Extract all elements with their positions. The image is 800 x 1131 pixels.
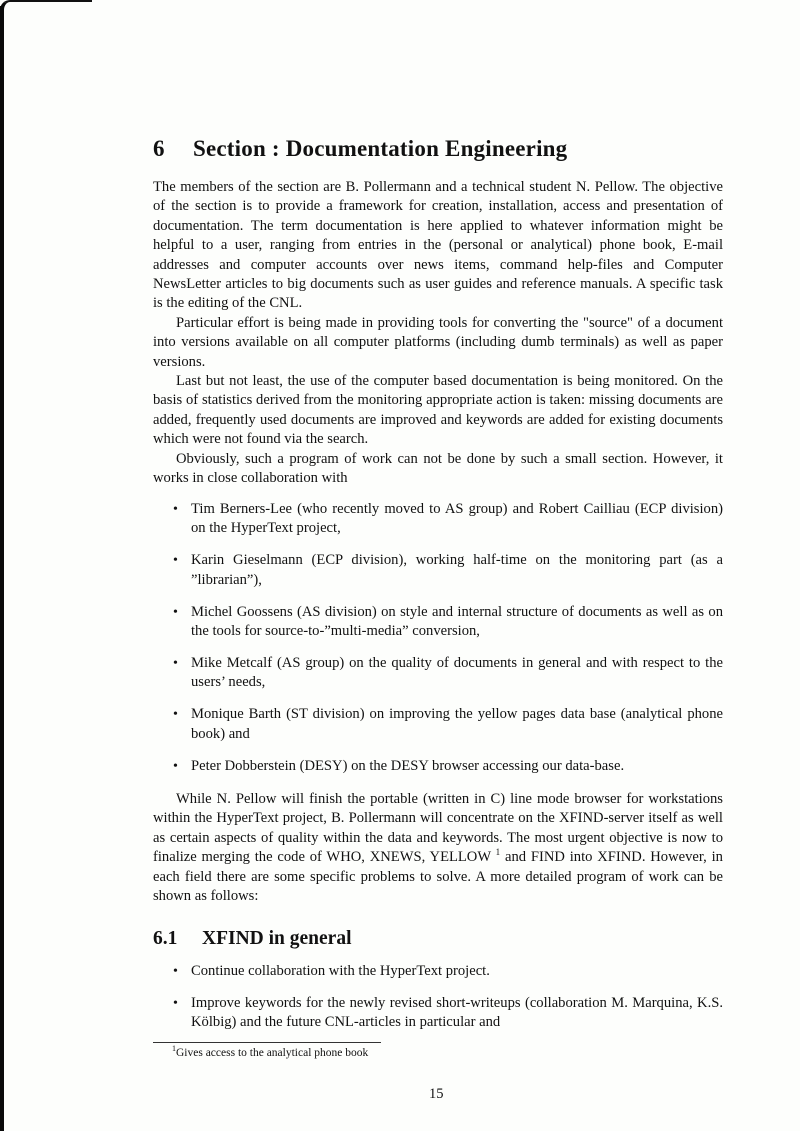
list-item: •Tim Berners-Lee (who recently moved to …	[153, 500, 723, 539]
list-item: •Karin Gieselmann (ECP division), workin…	[153, 551, 723, 590]
list-item: •Monique Barth (ST division) on improvin…	[153, 705, 723, 744]
paragraph-collaboration: Obviously, such a program of work can no…	[153, 450, 723, 489]
section-title: Section : Documentation Engineering	[193, 136, 567, 161]
xfind-task-list: •Continue collaboration with the HyperTe…	[153, 962, 723, 1045]
collaborator-text: Michel Goossens (AS division) on style a…	[191, 604, 723, 639]
bullet-icon: •	[173, 994, 178, 1013]
section-heading: 6Section : Documentation Engineering	[153, 136, 567, 162]
footnote: 1Gives access to the analytical phone bo…	[172, 1046, 368, 1061]
list-item: •Peter Dobberstein (DESY) on the DESY br…	[153, 757, 723, 776]
list-item: •Michel Goossens (AS division) on style …	[153, 603, 723, 642]
paragraph-conversion-tools: Particular effort is being made in provi…	[153, 314, 723, 372]
paragraph-monitoring: Last but not least, the use of the compu…	[153, 372, 723, 450]
subsection-title: XFIND in general	[202, 928, 352, 949]
bullet-icon: •	[173, 757, 178, 776]
task-text: Improve keywords for the newly revised s…	[191, 995, 723, 1030]
collaborator-text: Monique Barth (ST division) on improving…	[191, 706, 723, 741]
paragraph-work-program: While N. Pellow will finish the portable…	[153, 790, 723, 906]
intro-text: The members of the section are B. Poller…	[153, 178, 723, 489]
collaborator-text: Mike Metcalf (AS group) on the quality o…	[191, 655, 723, 690]
page-number: 15	[429, 1086, 444, 1103]
footnote-text: Gives access to the analytical phone boo…	[176, 1047, 368, 1059]
paragraph-members: The members of the section are B. Poller…	[153, 178, 723, 314]
collaborator-text: Peter Dobberstein (DESY) on the DESY bro…	[191, 758, 624, 774]
bullet-icon: •	[173, 500, 178, 519]
subsection-heading: 6.1XFIND in general	[153, 928, 352, 950]
collaborator-text: Tim Berners-Lee (who recently moved to A…	[191, 501, 723, 536]
section-number: 6	[153, 136, 193, 162]
subsection-number: 6.1	[153, 928, 202, 950]
bullet-icon: •	[173, 654, 178, 673]
work-program-text: While N. Pellow will finish the portable…	[153, 790, 723, 906]
task-text: Continue collaboration with the HyperTex…	[191, 963, 490, 979]
bullet-icon: •	[173, 962, 178, 981]
bullet-icon: •	[173, 603, 178, 622]
list-item: •Mike Metcalf (AS group) on the quality …	[153, 654, 723, 693]
bullet-icon: •	[173, 705, 178, 724]
scan-border-corner	[0, 0, 92, 10]
footnote-divider	[153, 1042, 381, 1043]
collaborator-list: •Tim Berners-Lee (who recently moved to …	[153, 500, 723, 788]
list-item: •Improve keywords for the newly revised …	[153, 994, 723, 1033]
collaborator-text: Karin Gieselmann (ECP division), working…	[191, 552, 723, 587]
scan-border-left	[0, 6, 4, 1131]
bullet-icon: •	[173, 551, 178, 570]
list-item: •Continue collaboration with the HyperTe…	[153, 962, 723, 981]
